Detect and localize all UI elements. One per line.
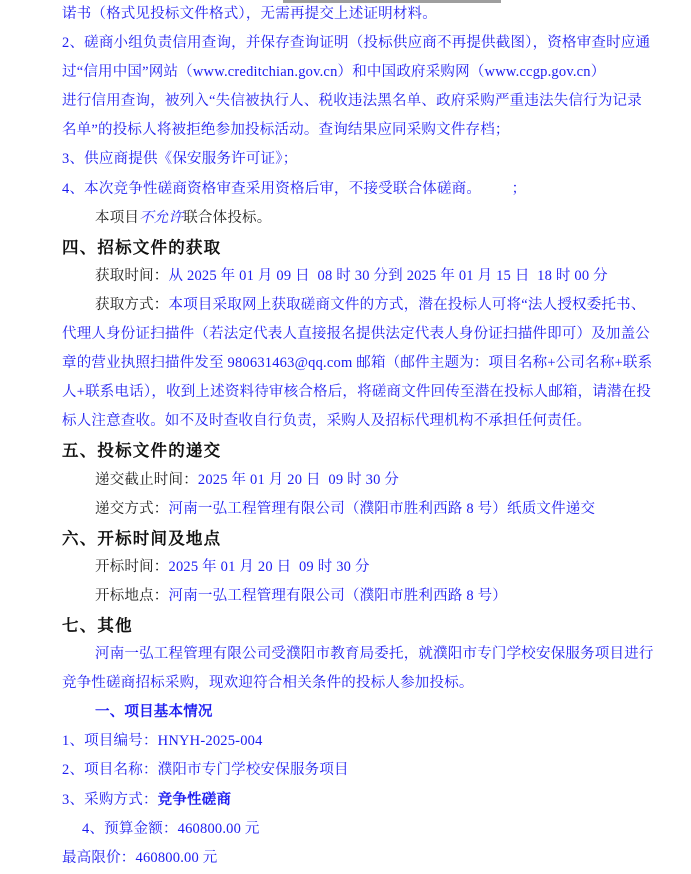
document-line: 人+联系电话），收到上述资料待审核合格后，将磋商文件回传至潜在投标人邮箱，请潜在… — [0, 378, 691, 407]
document-line: 名单”的投标人将被拒绝参加投标活动。查询结果应同采购文件存档； — [0, 116, 691, 145]
document-line: 4、本次竞争性磋商资格审查采用资格后审，不接受联合体磋商。 ； — [0, 175, 691, 204]
document-line: 六、开标时间及地点 — [0, 524, 691, 553]
text-segment: 标人注意查收。如不及时查收自行负责，采购人及招标代理机构不承担任何责任。 — [62, 413, 591, 429]
text-segment: 一、项目基本情况 — [95, 704, 213, 720]
document-line: 竞争性磋商招标采购，现欢迎符合相关条件的投标人参加投标。 — [0, 669, 691, 698]
document-line: 3、供应商提供《保安服务许可证》； — [0, 145, 691, 174]
document-line: 3、采购方式：竞争性磋商 — [0, 786, 691, 815]
text-segment: 进行信用查询，被列入“失信被执行人、税收违法黑名单、政府采购严重违法失信行为记录 — [62, 93, 642, 109]
text-segment: 代理人身份证扫描件（若法定代表人直接报名提供法定代表人身份证扫描件即可）及加盖公 — [62, 326, 650, 342]
text-segment: 获取时间： — [95, 268, 169, 284]
text-segment: 七、其他 — [62, 616, 133, 635]
document-line: 过“信用中国”网站（www.creditchian.gov.cn）和中国政府采购… — [0, 58, 691, 87]
text-segment: 4、本次竞争性磋商资格审查采用资格后审，不接受联合体磋商。 ； — [62, 181, 526, 197]
text-segment: 最高限价：460800.00 元 — [62, 850, 217, 866]
document-body: 诺书（格式见投标文件格式），无需再提交上述证明材料。2、磋商小组负责信用查询，并… — [0, 0, 691, 873]
document-line: 递交方式：河南一弘工程管理有限公司（濮阳市胜利西路 8 号）纸质文件递交 — [0, 495, 691, 524]
text-segment: 过“信用中国”网站（www.creditchian.gov.cn）和中国政府采购… — [62, 64, 605, 80]
text-segment: 不允许 — [139, 210, 183, 226]
document-line: 1、项目编号：HNYH-2025-004 — [0, 727, 691, 756]
text-segment: 2025 年 01 月 20 日 09 时 30 分 — [198, 472, 399, 488]
text-segment: 1、项目编号：HNYH-2025-004 — [62, 733, 263, 749]
text-segment: 2、磋商小组负责信用查询，并保存查询证明（投标供应商不再提供截图），资格审查时应… — [62, 35, 650, 51]
text-segment: 递交方式： — [95, 501, 169, 517]
text-segment: 诺书（格式见投标文件格式），无需再提交上述证明材料。 — [62, 6, 437, 22]
document-line: 4、预算金额：460800.00 元 — [0, 815, 691, 844]
document-line: 一、项目基本情况 — [0, 698, 691, 727]
text-segment: 2、项目名称：濮阳市专门学校安保服务项目 — [62, 762, 349, 778]
text-segment: 递交截止时间： — [95, 472, 198, 488]
text-segment: 名单”的投标人将被拒绝参加投标活动。查询结果应同采购文件存档； — [62, 122, 510, 138]
text-segment: 河南一弘工程管理有限公司（濮阳市胜利西路 8 号）纸质文件递交 — [169, 501, 596, 517]
document-line: 2、磋商小组负责信用查询，并保存查询证明（投标供应商不再提供截图），资格审查时应… — [0, 29, 691, 58]
document-line: 最高限价：460800.00 元 — [0, 844, 691, 873]
document-line: 标人注意查收。如不及时查收自行负责，采购人及招标代理机构不承担任何责任。 — [0, 407, 691, 436]
document-line: 开标地点：河南一弘工程管理有限公司（濮阳市胜利西路 8 号） — [0, 582, 691, 611]
text-segment: 本项目采取网上获取磋商文件的方式，潜在投标人可将“法人授权委托书、 — [169, 297, 646, 313]
text-segment: 河南一弘工程管理有限公司（濮阳市胜利西路 8 号） — [169, 588, 508, 604]
text-segment: 本项目 — [95, 210, 139, 226]
text-segment: 四、招标文件的获取 — [62, 238, 221, 257]
text-segment: 4、预算金额：460800.00 元 — [82, 821, 260, 837]
document-line: 2、项目名称：濮阳市专门学校安保服务项目 — [0, 756, 691, 785]
text-segment: 3、供应商提供《保安服务许可证》； — [62, 151, 297, 167]
document-line: 进行信用查询，被列入“失信被执行人、税收违法黑名单、政府采购严重违法失信行为记录 — [0, 87, 691, 116]
document-page: 诺书（格式见投标文件格式），无需再提交上述证明材料。2、磋商小组负责信用查询，并… — [0, 0, 691, 874]
text-segment: 开标时间： — [95, 559, 169, 575]
document-line: 本项目不允许联合体投标。 — [0, 204, 691, 233]
document-line: 五、投标文件的递交 — [0, 436, 691, 465]
text-segment: 五、投标文件的递交 — [62, 441, 221, 460]
document-line: 章的营业执照扫描件发至 980631463@qq.com 邮箱（邮件主题为：项目… — [0, 349, 691, 378]
document-line: 开标时间：2025 年 01 月 20 日 09 时 30 分 — [0, 553, 691, 582]
text-segment: 竞争性磋商招标采购，现欢迎符合相关条件的投标人参加投标。 — [62, 675, 474, 691]
document-line: 四、招标文件的获取 — [0, 233, 691, 262]
document-line: 诺书（格式见投标文件格式），无需再提交上述证明材料。 — [0, 0, 691, 29]
text-segment: 2025 年 01 月 20 日 09 时 30 分 — [169, 559, 370, 575]
text-segment: 人+联系电话），收到上述资料待审核合格后，将磋商文件回传至潜在投标人邮箱，请潜在… — [62, 384, 651, 400]
text-segment: 章的营业执照扫描件发至 980631463@qq.com 邮箱（邮件主题为：项目… — [62, 355, 652, 371]
document-line: 代理人身份证扫描件（若法定代表人直接报名提供法定代表人身份证扫描件即可）及加盖公 — [0, 320, 691, 349]
text-segment: 获取方式： — [95, 297, 169, 313]
document-line: 河南一弘工程管理有限公司受濮阳市教育局委托，就濮阳市专门学校安保服务项目进行 — [0, 640, 691, 669]
document-line: 获取方式：本项目采取网上获取磋商文件的方式，潜在投标人可将“法人授权委托书、 — [0, 291, 691, 320]
text-segment: 从 2025 年 01 月 09 日 08 时 30 分到 2025 年 01 … — [169, 268, 608, 284]
text-segment: 开标地点： — [95, 588, 169, 604]
document-line: 七、其他 — [0, 611, 691, 640]
text-segment: 河南一弘工程管理有限公司受濮阳市教育局委托，就濮阳市专门学校安保服务项目进行 — [95, 646, 654, 662]
document-line: 递交截止时间：2025 年 01 月 20 日 09 时 30 分 — [0, 466, 691, 495]
text-segment: 3、采购方式： — [62, 792, 158, 808]
text-segment: 竞争性磋商 — [158, 792, 232, 808]
document-line: 获取时间：从 2025 年 01 月 09 日 08 时 30 分到 2025 … — [0, 262, 691, 291]
text-segment: 联合体投标。 — [183, 210, 271, 226]
text-segment: 六、开标时间及地点 — [62, 529, 221, 548]
